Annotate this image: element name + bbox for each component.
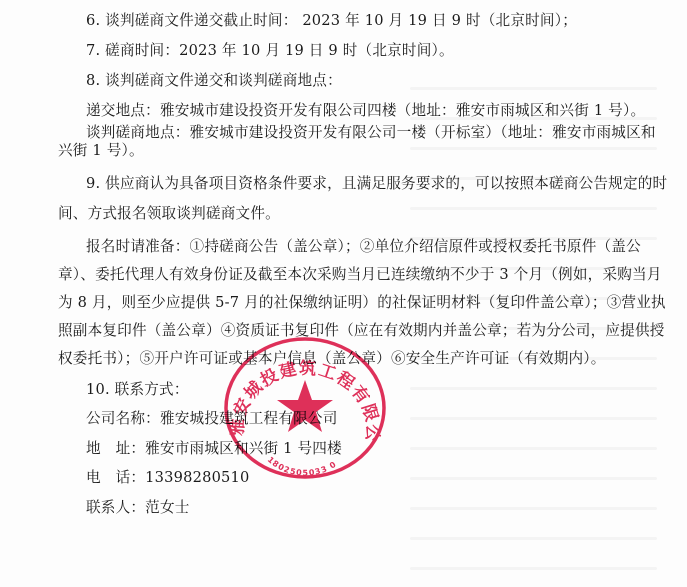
submission-location: 递交地点：雅安城市建设投资开发有限公司四楼（地址：雅安市雨城区和兴街 1 号）。 [86, 101, 645, 121]
contact-company: 公司名称：雅安城投建筑工程有限公司 [86, 409, 338, 429]
registration-line5: 权委托书）；⑤开户许可证或基本户信息（盖公章）⑥安全生产许可证（有效期内）。 [58, 349, 606, 369]
item-9-line2: 间、方式报名领取谈判磋商文件。 [58, 204, 280, 224]
item-6-deadline: 6. 谈判磋商文件递交截止时间： 2023 年 10 月 19 日 9 时（北京… [86, 11, 577, 31]
item-9-line1: 9. 供应商认为具备项目资格条件要求，且满足服务要求的，可以按照本磋商公告规定的… [86, 174, 667, 194]
contact-phone: 电 话：13398280510 [86, 468, 250, 488]
registration-line2: 章）、委托代理人有效身份证及截至本次采购当月已连续缴纳不少于 3 个月（例如，采… [58, 265, 662, 285]
item-8-heading: 8. 谈判磋商文件递交和谈判磋商地点： [86, 71, 342, 91]
item-10-heading: 10. 联系方式： [86, 380, 189, 400]
contact-address: 地 址：雅安市雨城区和兴街 1 号四楼 [86, 439, 342, 459]
registration-line4: 照副本复印件（盖公章）④资质证书复印件（应在有效期内并盖公章；若为分公司，应提供… [58, 321, 665, 341]
registration-line1: 报名时请准备：①持磋商公告（盖公章）；②单位介绍信原件或授权委托书原件（盖公 [86, 237, 641, 257]
negotiation-location-line1: 谈判磋商地点：雅安城市建设投资开发有限公司一楼（开标室）（地址：雅安市雨城区和 [86, 123, 656, 143]
registration-line3: 为 8 月，则至少应提供 5-7 月的社保缴纳证明）的社保证明材料（复印件盖公章… [58, 293, 666, 313]
negotiation-location-line2: 兴街 1 号）。 [58, 141, 144, 161]
contact-person: 联系人：范女士 [86, 498, 190, 518]
document-page: 6. 谈判磋商文件递交截止时间： 2023 年 10 月 19 日 9 时（北京… [0, 0, 687, 587]
item-7-negotiation-time: 7. 磋商时间：2023 年 10 月 19 日 9 时（北京时间）。 [86, 41, 454, 61]
